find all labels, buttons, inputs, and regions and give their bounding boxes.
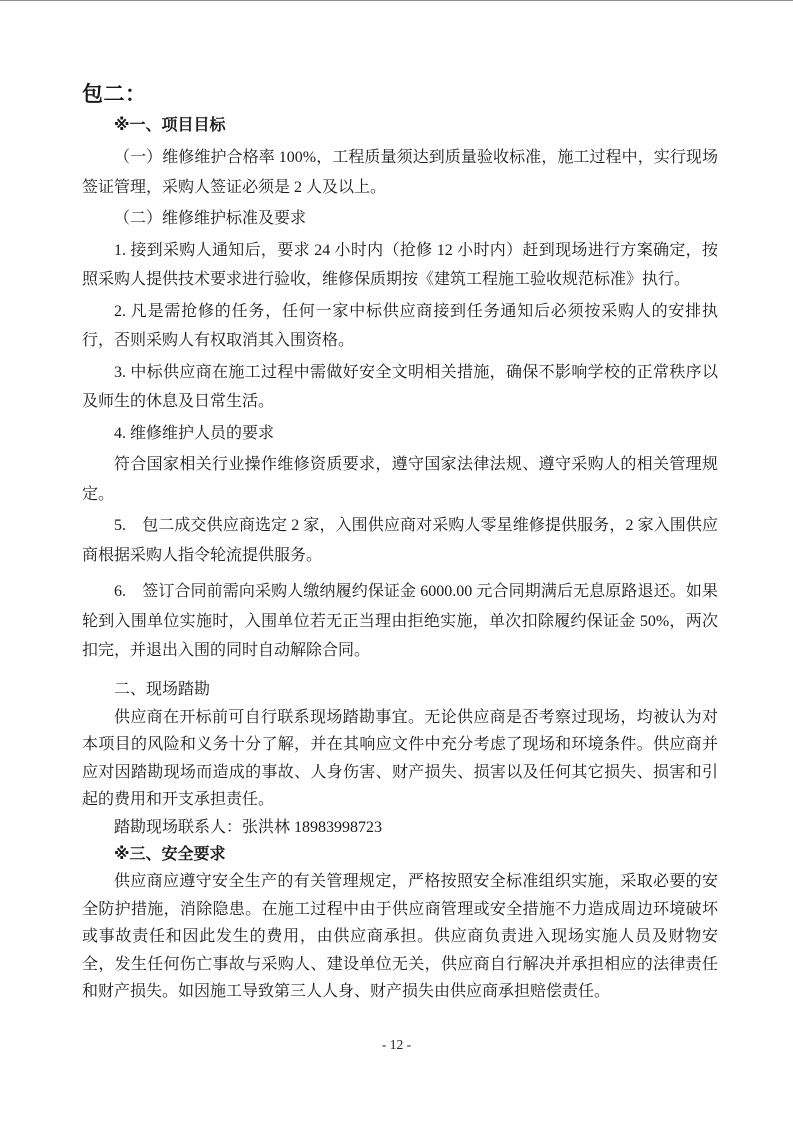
section-heading-project-objectives: ※一、项目目标 xyxy=(82,111,718,141)
paragraph-item-4-personnel-heading: 4. 维修维护人员的要求 xyxy=(82,419,718,449)
page-footer: - 12 - xyxy=(0,1036,793,1054)
page-number: - 12 - xyxy=(382,1037,411,1052)
paragraph-pass-rate: （一）维修维护合格率 100%，工程质量须达到质量验收标准，施工过程中，实行现场… xyxy=(82,143,718,202)
section-heading-safety-requirements: ※三、安全要求 xyxy=(82,841,718,868)
section-heading-site-survey: 二、现场踏勘 xyxy=(82,675,718,704)
paragraph-maintenance-standards-heading: （二）维修维护标准及要求 xyxy=(82,204,718,234)
paragraph-item-5-two-suppliers: 5. 包二成交供应商选定 2 家，入围供应商对采购人零星维修提供服务，2 家入围… xyxy=(82,511,718,570)
paragraph-item-6-performance-bond: 6. 签订合同前需向采购人缴纳履约保证金 6000.00 元合同期满后无息原路退… xyxy=(82,577,718,666)
paragraph-item-1-response-time: 1. 接到采购人通知后，要求 24 小时内（抢修 12 小时内）赶到现场进行方案… xyxy=(82,236,718,295)
document-page: 包二： ※一、项目目标 （一）维修维护合格率 100%，工程质量须达到质量验收标… xyxy=(0,0,793,1122)
paragraph-site-survey-terms: 供应商在开标前可自行联系现场踏勘事宜。无论供应商是否考察过现场，均被认为对本项目… xyxy=(82,704,718,814)
paragraph-personnel-qualifications: 符合国家相关行业操作维修资质要求，遵守国家法律法规、遵守采购人的相关管理规定。 xyxy=(82,450,718,509)
paragraph-site-survey-contact: 踏勘现场联系人：张洪林 18983998723 xyxy=(82,814,718,842)
paragraph-item-2-emergency-tasks: 2. 凡是需抢修的任务，任何一家中标供应商接到任务通知后必须按采购人的安排执行，… xyxy=(82,297,718,356)
paragraph-safety-requirements-body: 供应商应遵守安全生产的有关管理规定，严格按照安全标准组织实施，采取必要的安全防护… xyxy=(82,868,718,1006)
paragraph-item-3-safety-measures: 3. 中标供应商在施工过程中需做好安全文明相关措施，确保不影响学校的正常秩序以及… xyxy=(82,358,718,417)
package-title: 包二： xyxy=(82,82,718,107)
